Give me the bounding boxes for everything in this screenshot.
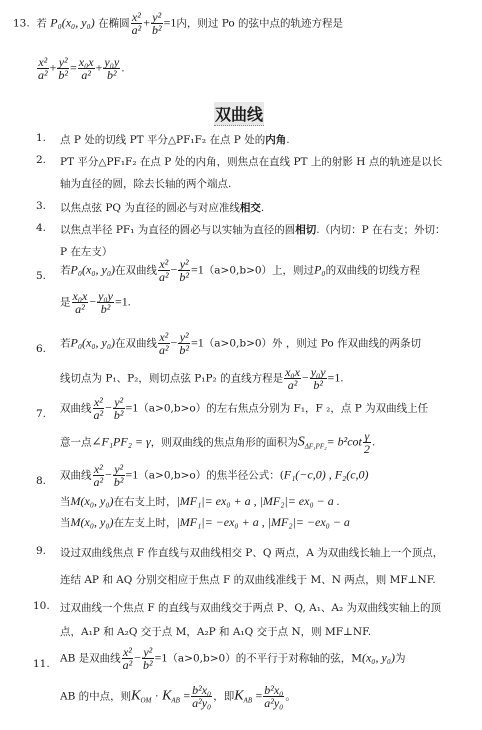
math-point: P₀ <box>314 263 326 277</box>
item-13: 13. 若 P₀(x₀, y₀) 在椭圆x²a²+y²b²=1内，则过 Po 的… <box>13 11 343 36</box>
item-3: 以焦点弦 PQ 为直径的圆必与对应准线相交. <box>60 200 264 215</box>
bold-term: 内角 <box>265 134 286 146</box>
math-point: P₀(x₀, y₀) <box>71 336 116 350</box>
operator: − <box>134 651 141 665</box>
text: 意一点 <box>60 437 92 449</box>
equals: = <box>70 61 77 75</box>
equals: = <box>255 689 262 703</box>
denominator: 2 <box>363 443 371 455</box>
text: AB 的中点，则 <box>60 691 131 703</box>
subscript: AB <box>171 697 180 705</box>
text: （a>0,b>0）上，则过 <box>204 265 314 277</box>
fraction: y²b² <box>178 258 190 283</box>
equals: =1 <box>164 16 177 30</box>
fraction: y²b² <box>178 331 190 356</box>
fraction: y²b² <box>113 463 125 488</box>
operator: + <box>96 61 103 75</box>
math-point: (x₀, y₀) <box>362 651 395 665</box>
denominator: a²y₀ <box>263 697 284 709</box>
equals: = <box>183 689 190 703</box>
text: （a>0,b>o）的左右焦点分别为 F₁，F ₂，点 P 为双曲线上任 <box>138 403 428 415</box>
text: AB 是双曲线 <box>60 653 121 665</box>
denominator: b² <box>57 69 69 81</box>
text: .（内切：P 在右支；外切： <box>316 224 445 236</box>
item-number: 6. <box>36 343 46 355</box>
item-9-line-1: 设过双曲线焦点 F 作直线与双曲线相交 P、Q 两点，A 为双曲线长轴上一个顶点… <box>60 545 443 560</box>
item-13-result: x²a²+y²b²=x₀xa²+y₀yb². <box>36 56 125 81</box>
item-7-line-1: 双曲线x²a²−y²b²=1（a>0,b>o）的左右焦点分别为 F₁，F ₂，点… <box>60 396 428 421</box>
denominator: a² <box>284 379 301 391</box>
operator: − <box>171 336 178 350</box>
item-number: 5. <box>36 270 46 282</box>
item-number: 4. <box>36 222 46 234</box>
math-expression: = b²cot <box>327 435 362 449</box>
text: 当 <box>60 496 71 508</box>
fraction: γ2 <box>363 430 371 455</box>
denominator: a² <box>72 303 89 315</box>
math-formula: |MF₁|= −ex₀ + a , |MF₂|= −ex₀ − a <box>176 515 349 529</box>
fraction: y₀yb² <box>310 366 327 391</box>
item-10-line-2: 点，A₁P 和 A₂Q 交于点 M，A₂P 和 A₁Q 交于点 N，则 MF⊥N… <box>60 624 371 639</box>
text: 当 <box>60 517 71 529</box>
denominator: b² <box>151 24 163 36</box>
item-number: 11. <box>33 658 50 670</box>
item-number: 9. <box>36 545 46 557</box>
fraction: y²b² <box>151 11 163 36</box>
fraction: x²a² <box>158 258 170 283</box>
fraction: x²a² <box>93 463 105 488</box>
document-page: 13. 若 P₀(x₀, y₀) 在椭圆x²a²+y²b²=1内，则过 Po 的… <box>0 0 482 730</box>
text: 若 <box>60 338 71 350</box>
period: 。 <box>285 691 296 703</box>
math-foci: F₁(−c,0) , F₂(c,0) <box>284 468 369 482</box>
subscript: ΔF₁PF₂ <box>305 443 327 451</box>
denominator: a² <box>122 659 134 671</box>
operator: + <box>50 61 57 75</box>
item-1: 点 P 处的切线 PT 平分△PF₁F₂ 在点 P 处的内角. <box>60 132 290 147</box>
equals: =1 <box>155 651 168 665</box>
operator: − <box>89 295 96 309</box>
math-area: S <box>298 435 305 450</box>
math-k: K <box>234 689 243 704</box>
denominator: b² <box>178 344 190 356</box>
denominator: a² <box>93 476 105 488</box>
denominator: a² <box>158 344 170 356</box>
item-8-line-3: 当M(x₀, y₀)在左支上时，|MF₁|= −ex₀ + a , |MF₂|=… <box>60 515 350 530</box>
operator: − <box>171 263 178 277</box>
equals: =1 <box>126 468 139 482</box>
denominator: a² <box>131 24 143 36</box>
subscript: OM <box>140 697 151 705</box>
text: 的双曲线的切线方程 <box>326 265 421 277</box>
equals: =1 <box>191 336 204 350</box>
item-8-line-2: 当M(x₀, y₀)在右支上时，|MF₁|= ex₀ + a , |MF₂|= … <box>60 494 340 509</box>
denominator: a²y₀ <box>191 697 212 709</box>
math-point: M(x₀, y₀) <box>71 515 114 529</box>
item-4-line-1: 以焦点半径 PF₁ 为直径的圆必与以实轴为直径的圆相切.（内切：P 在右支；外切… <box>60 222 445 237</box>
denominator: b² <box>310 379 327 391</box>
text: 若 <box>60 265 71 277</box>
operator: − <box>105 401 112 415</box>
period: . <box>286 134 289 146</box>
denominator: b² <box>178 271 190 283</box>
fraction: b²x₀a²y₀ <box>263 684 284 709</box>
denominator: a² <box>37 69 49 81</box>
text: 双曲线 <box>60 470 92 482</box>
text: （a>0,b>0）的不平行于对称轴的弦，M <box>167 653 362 665</box>
fraction: x²a² <box>122 646 134 671</box>
fraction: x²a² <box>158 331 170 356</box>
item-5-line-2: 是x₀xa²−y₀yb²=1. <box>60 290 131 315</box>
text: 是 <box>60 297 71 309</box>
equals: =1. <box>328 371 344 385</box>
operator: − <box>302 371 309 385</box>
item-number: 7. <box>36 408 46 420</box>
fraction: y²b² <box>113 396 125 421</box>
fraction: b²x₀a²y₀ <box>191 684 212 709</box>
item-number: 10. <box>33 600 50 612</box>
text: 在双曲线 <box>115 265 157 277</box>
operator: · <box>155 689 159 703</box>
item-11-line-2: AB 的中点，则KOM · KAB =b²x₀a²y₀，即KAB =b²x₀a²… <box>60 684 296 709</box>
item-8-line-1: 双曲线x²a²−y²b²=1（a>0,b>o）的焦半径公式：(F₁(−c,0) … <box>60 463 369 488</box>
math-k: K <box>162 689 171 704</box>
fraction: x₀xa² <box>72 290 89 315</box>
denominator: b² <box>103 69 120 81</box>
text: ，即 <box>213 691 234 703</box>
text: 为 <box>395 653 406 665</box>
period: . <box>372 437 375 449</box>
math-formula: |MF₁|= ex₀ + a , |MF₂|= ex₀ − a . <box>176 494 339 508</box>
item-9-line-2: 连结 AP 和 AQ 分别交相应于焦点 F 的双曲线准线于 M、N 两点，则 M… <box>60 572 436 587</box>
period: . <box>121 63 124 75</box>
math-point: P₀(x₀, y₀) <box>71 263 116 277</box>
item-5-line-1: 若P₀(x₀, y₀)在双曲线x²a²−y²b²=1（a>0,b>0）上，则过P… <box>60 258 420 283</box>
item-11-line-1: AB 是双曲线x²a²−y²b²=1（a>0,b>0）的不平行于对称轴的弦，M(… <box>60 646 405 671</box>
item-7-line-2: 意一点∠F₁PF₂ = γ，则双曲线的焦点角形的面积为SΔF₁PF₂= b²co… <box>60 430 375 455</box>
fraction: y²b² <box>57 56 69 81</box>
bold-term: 相交 <box>240 202 261 214</box>
fraction: x²a² <box>131 11 143 36</box>
item-number: 3. <box>36 200 46 212</box>
fraction: x²a² <box>93 396 105 421</box>
fraction: x²a² <box>37 56 49 81</box>
item-number: 1. <box>36 132 46 144</box>
text: 若 <box>36 18 47 30</box>
equals: =1. <box>115 295 131 309</box>
item-6-line-2: 线切点为 P₁、P₂，则切点弦 P₁P₂ 的直线方程是x₀xa²−y₀yb²=1… <box>60 366 343 391</box>
operator: − <box>105 468 112 482</box>
equals: =1 <box>191 263 204 277</box>
fraction: y₀yb² <box>97 290 114 315</box>
item-number: 13. <box>13 18 30 30</box>
denominator: a² <box>158 271 170 283</box>
denominator: b² <box>113 476 125 488</box>
bold-term: 相切 <box>295 224 316 236</box>
item-2-line-1: PT 平分△PF₁F₂ 在点 P 处的内角，则焦点在直线 PT 上的射影 H 点… <box>60 154 442 169</box>
text: 线切点为 P₁、P₂，则切点弦 P₁P₂ 的直线方程是 <box>60 373 283 385</box>
text: 点 P 处的切线 PT 平分△PF₁F₂ 在点 P 处的 <box>60 134 265 146</box>
text: （a>0,b>o）的焦半径公式：( <box>138 470 284 482</box>
text: （a>0,b>0）外 ，则过 Po 作双曲线的两条切 <box>204 338 421 350</box>
math-point: M(x₀, y₀) <box>71 494 114 508</box>
text: 双曲线 <box>60 403 92 415</box>
item-2-line-2: 轴为直径的圆，除去长轴的两个端点. <box>60 176 231 191</box>
item-10-line-1: 过双曲线一个焦点 F 的直线与双曲线交于两点 P、Q, A₁、A₂ 为双曲线实轴… <box>60 600 441 615</box>
text: ，则双曲线的焦点角形的面积为 <box>151 437 298 449</box>
text: 在双曲线 <box>115 338 157 350</box>
subscript: AB <box>244 697 253 705</box>
denominator: a² <box>78 69 95 81</box>
fraction: x₀xa² <box>78 56 95 81</box>
item-number: 2. <box>36 154 46 166</box>
denominator: b² <box>97 303 114 315</box>
text: 在椭圆 <box>98 18 130 30</box>
section-title: 双曲线 <box>214 102 264 126</box>
text: 内，则过 Po 的弦中点的轨迹方程是 <box>176 18 343 30</box>
item-6-line-1: 若P₀(x₀, y₀)在双曲线x²a²−y²b²=1（a>0,b>0）外 ，则过… <box>60 331 421 356</box>
equals: =1 <box>126 401 139 415</box>
text: 以焦点弦 PQ 为直径的圆必与对应准线 <box>60 202 240 214</box>
math-angle: ∠F₁PF₂ = γ <box>92 435 151 449</box>
item-number: 8. <box>36 475 46 487</box>
text: 在右支上时， <box>113 496 176 508</box>
fraction: x₀xa² <box>284 366 301 391</box>
text: 在左支上时， <box>113 517 176 529</box>
fraction: y₀yb² <box>103 56 120 81</box>
period: . <box>261 202 264 214</box>
text: 以焦点半径 PF₁ 为直径的圆必与以实轴为直径的圆 <box>60 224 295 236</box>
math-point: P₀(x₀, y₀) <box>50 16 95 30</box>
denominator: b² <box>142 659 154 671</box>
fraction: y²b² <box>142 646 154 671</box>
denominator: b² <box>113 409 125 421</box>
operator: + <box>143 16 150 30</box>
denominator: a² <box>93 409 105 421</box>
item-4-line-2: P 在左支） <box>60 244 112 259</box>
